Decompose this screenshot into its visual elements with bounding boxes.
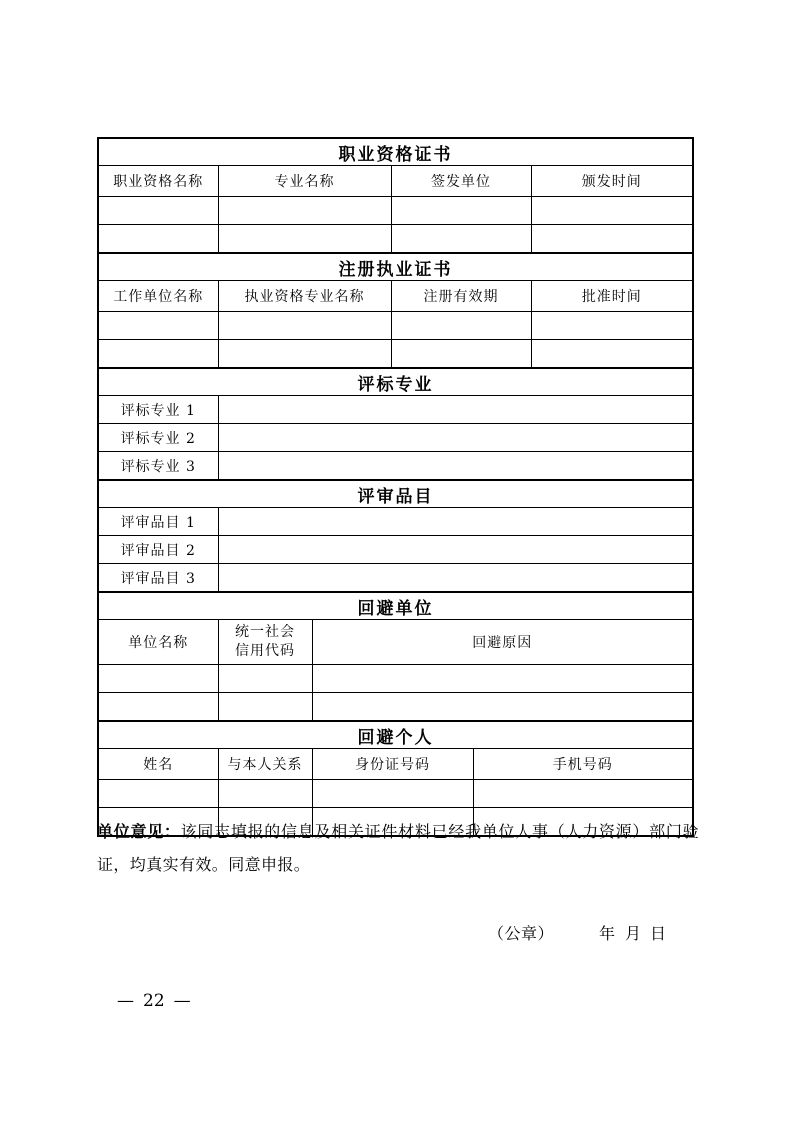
unit-opinion-paragraph: 单位意见：该同志填报的信息及相关证件材料已经我单位人事（人力资源）部门验证，均真… bbox=[97, 815, 699, 881]
unit-opinion-label: 单位意见： bbox=[97, 822, 181, 841]
col-header-id-number: 身份证号码 bbox=[312, 749, 473, 780]
page-number-right-dash: — bbox=[174, 991, 191, 1011]
page-number-left-dash: — bbox=[117, 991, 134, 1011]
unit-opinion-text: 该同志填报的信息及相关证件材料已经我单位人事（人力资源）部门验证，均真实有效。同… bbox=[97, 822, 699, 874]
year-label: 年 bbox=[599, 921, 615, 944]
empty-cell bbox=[218, 508, 693, 536]
col-header-name: 姓名 bbox=[98, 749, 218, 780]
empty-cell bbox=[218, 197, 391, 225]
col-header-avoidance-reason: 回避原因 bbox=[312, 620, 693, 665]
empty-cell bbox=[473, 780, 693, 808]
empty-cell bbox=[391, 197, 531, 225]
section-title-registered-practice: 注册执业证书 bbox=[98, 253, 693, 281]
col-header-issue-date: 颁发时间 bbox=[531, 166, 693, 197]
empty-cell bbox=[218, 225, 391, 254]
section-title-avoided-persons: 回避个人 bbox=[98, 721, 693, 749]
col-header-specialty-name: 专业名称 bbox=[218, 166, 391, 197]
empty-cell bbox=[218, 780, 312, 808]
day-label: 日 bbox=[650, 921, 666, 944]
page-number: — 22 — bbox=[117, 991, 191, 1011]
col-header-mobile-number: 手机号码 bbox=[473, 749, 693, 780]
empty-cell bbox=[391, 312, 531, 340]
col-header-work-unit-name: 工作单位名称 bbox=[98, 281, 218, 312]
row-label-bid-specialty-2: 评标专业 2 bbox=[98, 424, 218, 452]
empty-cell bbox=[98, 312, 218, 340]
empty-cell bbox=[218, 312, 391, 340]
official-seal-placeholder: （公章） bbox=[488, 921, 554, 944]
empty-cell bbox=[391, 340, 531, 369]
empty-cell bbox=[531, 197, 693, 225]
empty-cell bbox=[218, 396, 693, 424]
row-label-bid-specialty-1: 评标专业 1 bbox=[98, 396, 218, 424]
empty-cell bbox=[218, 452, 693, 481]
empty-cell bbox=[312, 693, 693, 722]
empty-cell bbox=[218, 424, 693, 452]
section-title-bid-specialty: 评标专业 bbox=[98, 368, 693, 396]
empty-cell bbox=[391, 225, 531, 254]
empty-cell bbox=[98, 340, 218, 369]
empty-cell bbox=[218, 665, 312, 693]
seal-date-line: （公章） 年 月 日 bbox=[97, 921, 692, 944]
credit-code-line1: 统一社会 bbox=[222, 623, 309, 642]
expert-application-form-table: 职业资格证书 职业资格名称 专业名称 签发单位 颁发时间 注册执业证书 工作单位… bbox=[97, 137, 694, 837]
empty-cell bbox=[218, 536, 693, 564]
empty-cell bbox=[98, 197, 218, 225]
empty-cell bbox=[98, 225, 218, 254]
empty-cell bbox=[218, 564, 693, 593]
empty-cell bbox=[312, 665, 693, 693]
credit-code-line2: 信用代码 bbox=[222, 642, 309, 661]
col-header-unit-name: 单位名称 bbox=[98, 620, 218, 665]
page-number-value: 22 bbox=[143, 991, 165, 1011]
empty-cell bbox=[98, 693, 218, 722]
empty-cell bbox=[98, 780, 218, 808]
row-label-review-item-2: 评审品目 2 bbox=[98, 536, 218, 564]
empty-cell bbox=[218, 693, 312, 722]
row-label-bid-specialty-3: 评标专业 3 bbox=[98, 452, 218, 481]
col-header-issuing-unit: 签发单位 bbox=[391, 166, 531, 197]
section-title-avoided-units: 回避单位 bbox=[98, 592, 693, 620]
document-page: 职业资格证书 职业资格名称 专业名称 签发单位 颁发时间 注册执业证书 工作单位… bbox=[0, 0, 793, 1122]
empty-cell bbox=[531, 340, 693, 369]
row-label-review-item-3: 评审品目 3 bbox=[98, 564, 218, 593]
empty-cell bbox=[531, 225, 693, 254]
col-header-practice-specialty-name: 执业资格专业名称 bbox=[218, 281, 391, 312]
empty-cell bbox=[98, 665, 218, 693]
col-header-registration-validity: 注册有效期 bbox=[391, 281, 531, 312]
empty-cell bbox=[218, 340, 391, 369]
col-header-approval-date: 批准时间 bbox=[531, 281, 693, 312]
col-header-qualification-name: 职业资格名称 bbox=[98, 166, 218, 197]
empty-cell bbox=[531, 312, 693, 340]
section-title-professional-qualification: 职业资格证书 bbox=[98, 138, 693, 166]
month-label: 月 bbox=[625, 921, 641, 944]
row-label-review-item-1: 评审品目 1 bbox=[98, 508, 218, 536]
col-header-relationship: 与本人关系 bbox=[218, 749, 312, 780]
col-header-unified-social-credit-code: 统一社会 信用代码 bbox=[218, 620, 312, 665]
section-title-review-items: 评审品目 bbox=[98, 480, 693, 508]
empty-cell bbox=[312, 780, 473, 808]
